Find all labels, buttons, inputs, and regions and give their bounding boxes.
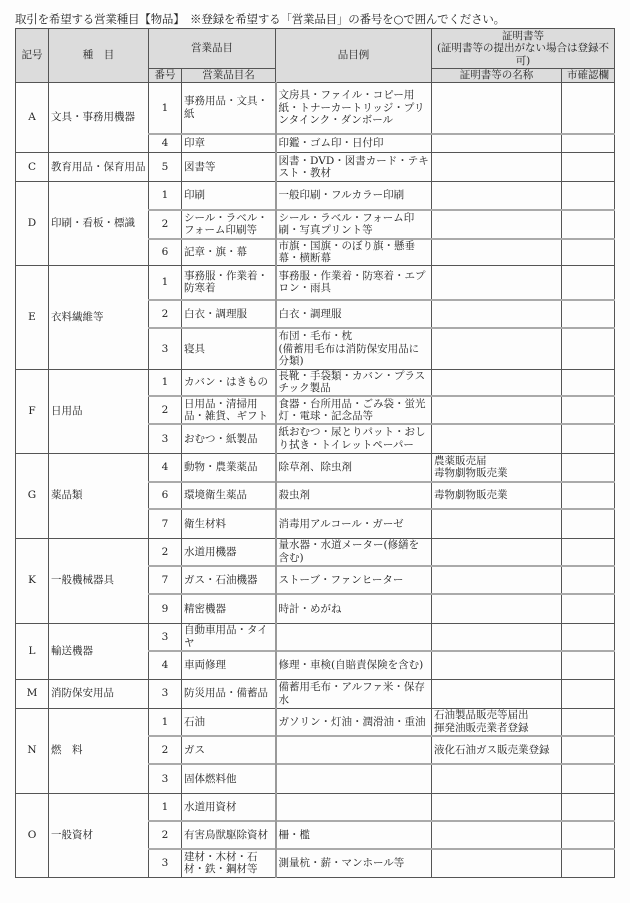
certificate-name (432, 538, 562, 566)
group-category: 一般資材 (49, 793, 149, 877)
item-name: 寝具 (182, 328, 276, 369)
certificate-name (432, 594, 562, 623)
item-examples: 事務服・作業着・防寒着・エプロン・雨具 (276, 265, 432, 300)
item-examples (276, 793, 432, 821)
city-check-cell (562, 239, 615, 266)
table-row: D印刷・看板・標識1印刷一般印刷・フルカラー印刷 (16, 182, 615, 210)
item-number[interactable]: 4 (149, 134, 182, 153)
certificate-name: 石油製品販売等届出揮発油販売業者登録 (432, 708, 562, 736)
group-category: 衣料繊維等 (49, 265, 149, 369)
item-examples: 一般印刷・フルカラー印刷 (276, 182, 432, 210)
certificate-name (432, 239, 562, 266)
table-row: N燃 料1石油ガソリン・灯油・潤滑油・重油石油製品販売等届出揮発油販売業者登録 (16, 708, 615, 736)
item-examples: 紙おむつ・尿とりパット・おしり拭き・トイレットペーパー (276, 424, 432, 453)
header-business-items: 営業品目 (149, 29, 276, 69)
item-number[interactable]: 3 (149, 424, 182, 453)
item-examples: 市旗・国旗・のぼり旗・懸垂幕・横断幕 (276, 239, 432, 266)
item-examples: 除草剤、除虫剤 (276, 453, 432, 482)
group-category: 燃 料 (49, 708, 149, 793)
city-check-cell (562, 509, 615, 538)
group-code: F (16, 369, 49, 453)
certificate-name (432, 849, 562, 877)
header-certificates: 証明書等 (証明書等の提出がない場合は登録不可) (432, 29, 615, 69)
city-check-cell (562, 328, 615, 369)
item-name: 印刷 (182, 182, 276, 210)
certificate-name: 毒物劇物販売業 (432, 482, 562, 509)
item-examples (276, 736, 432, 764)
item-name: シール・ラベル・フォーム印刷等 (182, 210, 276, 239)
item-number[interactable]: 2 (149, 821, 182, 849)
certificate-name (432, 566, 562, 594)
item-name: 印章 (182, 134, 276, 153)
city-check-cell (562, 793, 615, 821)
item-examples: 印鑑・ゴム印・日付印 (276, 134, 432, 153)
item-examples: ストーブ・ファンヒーター (276, 566, 432, 594)
city-check-cell (562, 424, 615, 453)
item-number[interactable]: 4 (149, 453, 182, 482)
group-code: N (16, 708, 49, 793)
certificate-name: 液化石油ガス販売業登録 (432, 736, 562, 764)
group-category: 教育用品・保育用品 (49, 153, 149, 182)
item-examples: 備蓄用毛布・アルファ米・保存水 (276, 679, 432, 708)
certificate-name (432, 300, 562, 328)
group-category: 薬品類 (49, 453, 149, 538)
certificate-name (432, 679, 562, 708)
header-certificates-note: (証明書等の提出がない場合は登録不可) (434, 42, 612, 67)
item-examples: 柵・檻 (276, 821, 432, 849)
item-name: 固体燃料他 (182, 764, 276, 793)
item-examples: 長靴・手袋類・カバン・プラスチック製品 (276, 369, 432, 396)
city-check-cell (562, 153, 615, 182)
header-examples: 品目例 (276, 29, 432, 83)
table-row: F日用品1カバン・はきもの長靴・手袋類・カバン・プラスチック製品 (16, 369, 615, 396)
item-examples: シール・ラベル・フォーム印刷・写真プリント等 (276, 210, 432, 239)
city-check-cell (562, 594, 615, 623)
item-number[interactable]: 7 (149, 509, 182, 538)
item-name: 水道用資材 (182, 793, 276, 821)
item-number[interactable]: 3 (149, 328, 182, 369)
item-examples: 白衣・調理服 (276, 300, 432, 328)
certificate-name (432, 424, 562, 453)
item-number[interactable]: 9 (149, 594, 182, 623)
item-name: おむつ・紙製品 (182, 424, 276, 453)
city-check-cell (562, 736, 615, 764)
group-code: L (16, 623, 49, 679)
item-number[interactable]: 2 (149, 736, 182, 764)
city-check-cell (562, 538, 615, 566)
table-row: K一般機械器具2水道用機器量水器・水道メーター(修繕を含む) (16, 538, 615, 566)
certificate-name (432, 821, 562, 849)
item-examples: 時計・めがね (276, 594, 432, 623)
item-number[interactable]: 3 (149, 623, 182, 651)
city-check-cell (562, 83, 615, 134)
item-name: 衛生材料 (182, 509, 276, 538)
table-row: M消防保安用品3防災用品・備蓄品備蓄用毛布・アルファ米・保存水 (16, 679, 615, 708)
city-check-cell (562, 566, 615, 594)
item-number[interactable]: 1 (149, 182, 182, 210)
item-name: 建材・木材・石材・鉄・鋼材等 (182, 849, 276, 877)
item-number[interactable]: 5 (149, 153, 182, 182)
certificate-name (432, 793, 562, 821)
item-name: 防災用品・備蓄品 (182, 679, 276, 708)
item-number[interactable]: 3 (149, 849, 182, 877)
item-name: 事務服・作業着・防寒着 (182, 265, 276, 300)
city-check-cell (562, 396, 615, 424)
item-examples: 消毒用アルコール・ガーゼ (276, 509, 432, 538)
item-examples: 量水器・水道メーター(修繕を含む) (276, 538, 432, 566)
city-check-cell (562, 300, 615, 328)
group-category: 輸送機器 (49, 623, 149, 679)
city-check-cell (562, 369, 615, 396)
item-examples: 測量杭・薪・マンホール等 (276, 849, 432, 877)
item-name: 環境衛生薬品 (182, 482, 276, 509)
item-number[interactable]: 6 (149, 482, 182, 509)
item-name: 事務用品・文具・紙 (182, 83, 276, 134)
item-examples: 食器・台所用品・ごみ袋・蛍光灯・電球・記念品等 (276, 396, 432, 424)
table-row: C教育用品・保育用品5図書等図書・DVD・図書カード・テキスト・教材 (16, 153, 615, 182)
city-check-cell (562, 623, 615, 651)
item-number[interactable]: 1 (149, 265, 182, 300)
item-examples: 図書・DVD・図書カード・テキスト・教材 (276, 153, 432, 182)
header-item-name: 営業品目名 (182, 69, 276, 83)
group-category: 日用品 (49, 369, 149, 453)
city-check-cell (562, 134, 615, 153)
certificate-name: 農薬販売届毒物劇物販売業 (432, 453, 562, 482)
item-number[interactable]: 2 (149, 210, 182, 239)
header-certificates-title: 証明書等 (434, 30, 612, 43)
city-check-cell (562, 182, 615, 210)
item-name: 動物・農業薬品 (182, 453, 276, 482)
group-code: A (16, 83, 49, 153)
item-number[interactable]: 1 (149, 708, 182, 736)
item-name: ガス (182, 736, 276, 764)
group-code: E (16, 265, 49, 369)
certificate-name (432, 134, 562, 153)
page-title: 取引を希望する営業種目【物品】 ※登録を希望する「営業品目」の番号を○で囲んでく… (15, 11, 505, 27)
certificate-name (432, 182, 562, 210)
item-number[interactable]: 1 (149, 83, 182, 134)
group-category: 一般機械器具 (49, 538, 149, 623)
item-name: 図書等 (182, 153, 276, 182)
certificate-name (432, 153, 562, 182)
item-number[interactable]: 6 (149, 239, 182, 266)
certificate-name (432, 651, 562, 679)
header-number: 番号 (149, 69, 182, 83)
item-examples (276, 623, 432, 651)
item-name: 有害鳥獣駆除資材 (182, 821, 276, 849)
item-number[interactable]: 2 (149, 538, 182, 566)
certificate-name (432, 369, 562, 396)
group-code: C (16, 153, 49, 182)
item-examples: 布団・毛布・枕(備蓄用毛布は消防保安用品に分類) (276, 328, 432, 369)
item-number[interactable]: 2 (149, 300, 182, 328)
item-number[interactable]: 3 (149, 679, 182, 708)
table-body: A文具・事務用機器1事務用品・文具・紙文房具・ファイル・コピー用紙・トナーカート… (16, 83, 615, 878)
certificate-name (432, 396, 562, 424)
item-name: 車両修理 (182, 651, 276, 679)
group-category: 文具・事務用機器 (49, 83, 149, 153)
item-name: 水道用機器 (182, 538, 276, 566)
table-row: L輸送機器3自動車用品・タイヤ (16, 623, 615, 651)
item-name: 日用品・清掃用品・雑貨、ギフト (182, 396, 276, 424)
group-code: O (16, 793, 49, 877)
table-row: O一般資材1水道用資材 (16, 793, 615, 821)
certificate-name (432, 623, 562, 651)
item-name: カバン・はきもの (182, 369, 276, 396)
header-category: 種 目 (49, 29, 149, 83)
item-number[interactable]: 2 (149, 396, 182, 424)
header-code: 記号 (16, 29, 49, 83)
certificate-name (432, 764, 562, 793)
item-number[interactable]: 3 (149, 764, 182, 793)
group-category: 印刷・看板・標識 (49, 182, 149, 266)
city-check-cell (562, 210, 615, 239)
group-code: M (16, 679, 49, 708)
city-check-cell (562, 764, 615, 793)
table-row: G薬品類4動物・農業薬品除草剤、除虫剤農薬販売届毒物劇物販売業 (16, 453, 615, 482)
certificate-name (432, 265, 562, 300)
item-number[interactable]: 1 (149, 369, 182, 396)
city-check-cell (562, 679, 615, 708)
certificate-name (432, 328, 562, 369)
certificate-name (432, 83, 562, 134)
business-items-table: 記号 種 目 営業品目 品目例 証明書等 (証明書等の提出がない場合は登録不可)… (15, 28, 615, 878)
certificate-name (432, 509, 562, 538)
item-name: 精密機器 (182, 594, 276, 623)
item-name: ガス・石油機器 (182, 566, 276, 594)
item-examples: 修理・車検(自賠責保険を含む) (276, 651, 432, 679)
item-number[interactable]: 1 (149, 793, 182, 821)
item-number[interactable]: 7 (149, 566, 182, 594)
city-check-cell (562, 651, 615, 679)
item-name: 白衣・調理服 (182, 300, 276, 328)
item-examples (276, 764, 432, 793)
item-examples: ガソリン・灯油・潤滑油・重油 (276, 708, 432, 736)
item-examples: 文房具・ファイル・コピー用紙・トナーカートリッジ・プリンタインク・ダンボール (276, 83, 432, 134)
item-name: 石油 (182, 708, 276, 736)
group-code: G (16, 453, 49, 538)
item-name: 記章・旗・幕 (182, 239, 276, 266)
table-row: E衣料繊維等1事務服・作業着・防寒着事務服・作業着・防寒着・エプロン・雨具 (16, 265, 615, 300)
item-examples: 殺虫剤 (276, 482, 432, 509)
city-check-cell (562, 265, 615, 300)
header-city-check: 市確認欄 (562, 69, 615, 83)
header-cert-name: 証明書等の名称 (432, 69, 562, 83)
item-name: 自動車用品・タイヤ (182, 623, 276, 651)
group-category: 消防保安用品 (49, 679, 149, 708)
table-row: A文具・事務用機器1事務用品・文具・紙文房具・ファイル・コピー用紙・トナーカート… (16, 83, 615, 134)
city-check-cell (562, 482, 615, 509)
group-code: K (16, 538, 49, 623)
city-check-cell (562, 708, 615, 736)
group-code: D (16, 182, 49, 266)
city-check-cell (562, 821, 615, 849)
certificate-name (432, 210, 562, 239)
city-check-cell (562, 849, 615, 877)
item-number[interactable]: 4 (149, 651, 182, 679)
city-check-cell (562, 453, 615, 482)
